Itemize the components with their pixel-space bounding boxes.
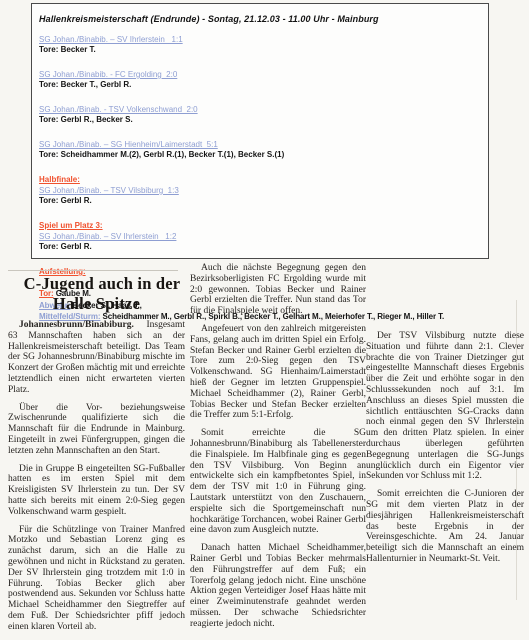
scorers-line: Tore: Becker T. [39,45,482,55]
article-paragraph: Danach hatten Michael Scheidhammer, Rain… [190,543,366,629]
match-line: SG Johan./Binab. – SG Hienheim/Laimersta… [39,140,482,150]
article-paragraph: Auch die nächste Begegnung gegen den Bez… [190,263,366,317]
group-result-4: SG Johan./Binab. – SG Hienheim/Laimersta… [39,140,482,160]
report-title: Hallenkreismeisterschaft (Endrunde) - So… [39,14,482,24]
article-column-2: Auch die nächste Begegnung gegen den Bez… [190,263,366,637]
match-line: SG Johan./Binab. – TSV Vilsbiburg 1:3 [39,186,482,196]
article-paragraph: Für die Schützlinge von Trainer Manfred … [8,525,185,633]
match-line: SG Johan./Binab. – SV Ihrlerstein 1:2 [39,232,482,242]
article-paragraph: Somit erreichte die SG Johannesbrunn/Bin… [190,428,366,536]
article-column-3: Der TSV Vilsbiburg nutzte diese Situatio… [366,331,524,572]
scorers-line: Tore: Becker T., Gerbl R. [39,80,482,90]
article-paragraph: Über die Vor- beziehungsweise Zwischenru… [8,403,185,457]
article-paragraph: Der TSV Vilsbiburg nutzte diese Situatio… [366,331,524,482]
match-line: SG Johan./Binabib. – SV Ihrlerstein 1:1 [39,35,482,45]
scorers-line: Tore: Gerbl R. [39,242,482,252]
group-result-3: SG Johan./Binab. - TSV Volkenschwand 2:0… [39,105,482,125]
scorers-line: Tore: Scheidhammer M.(2), Gerbl R.(1), B… [39,150,482,160]
match-line: SG Johan./Binab. - TSV Volkenschwand 2:0 [39,105,482,115]
match-line: SG Johan./Binabib. - FC Ergolding 2:0 [39,70,482,80]
article-paragraph: Johannesbrunn/Binabiburg. Insgesamt 63 M… [8,320,185,396]
article-headline: C-Jugend auch in der Halle Spitze [8,274,185,313]
third-place-section: Spiel um Platz 3: SG Johan./Binab. – SV … [39,221,482,252]
article-dateline: Johannesbrunn/Binabiburg. [19,320,134,330]
scorers-line: Tore: Gerbl R. [39,196,482,206]
match-report-box: Hallenkreismeisterschaft (Endrunde) - So… [31,3,489,259]
group-result-1: SG Johan./Binabib. – SV Ihrlerstein 1:1 … [39,35,482,55]
scorers-line: Tore: Gerbl R., Becker S. [39,115,482,125]
article-paragraph: Die in Gruppe B eingeteilten SG-Fußballe… [8,464,185,518]
third-place-heading: Spiel um Platz 3: [39,221,482,231]
semifinal-heading: Halbfinale: [39,175,482,185]
article-paragraph: Angefeuert von den zahlreich mitgereiste… [190,324,366,421]
group-result-2: SG Johan./Binabib. - FC Ergolding 2:0 To… [39,70,482,90]
article-paragraph: Somit erreichten die C-Junioren der SG m… [366,489,524,565]
article-column-1: C-Jugend auch in der Halle Spitze Johann… [8,268,185,640]
scanned-page: { "report_box": { "header": "Hallenkreis… [0,0,529,640]
semifinal-section: Halbfinale: SG Johan./Binab. – TSV Vilsb… [39,175,482,206]
